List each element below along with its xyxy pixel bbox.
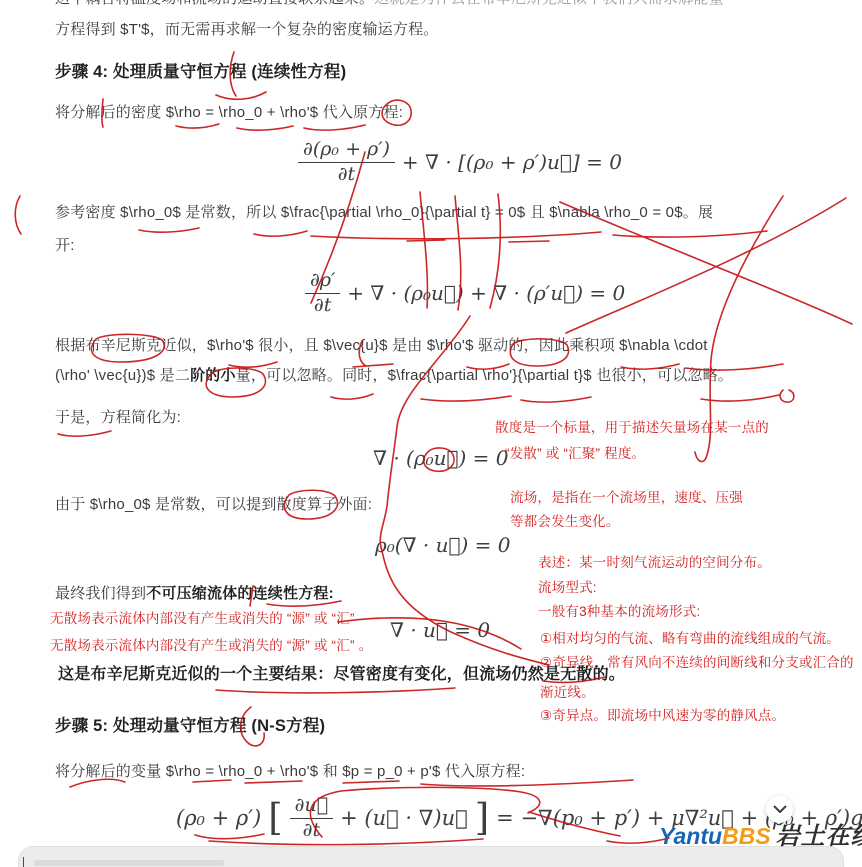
watermark-yantu: Yantu — [659, 823, 722, 849]
document-page: 这个耦合将温度场和流场的运动直接联系起来。这就是为什么在布辛尼斯克近似中我们只需… — [0, 0, 862, 867]
para-main-result: 这是布辛尼斯克近似的一个主要结果：尽管密度有变化，但流场仍然是无散的。 — [58, 665, 625, 685]
intro-line: 方程得到 $T'$，而无需再求解一个复杂的密度输运方程。 — [55, 20, 438, 40]
para-momentum-substitution: 将分解后的变量 $\rho = \rho_0 + \rho'$ 和 $p = p… — [55, 762, 525, 782]
bold-second-order: 阶的小 — [190, 367, 236, 384]
equation-div-u-zero: ∇ · u⃗ = 0 — [390, 618, 490, 642]
right-bracket: ] — [475, 799, 489, 836]
fraction: ∂u⃗∂t — [290, 795, 333, 842]
note-nosource-line1: 无散场表示流体内部没有产生或消失的 “源” 或 “汇” — [50, 610, 355, 627]
note-flowfield-line2: 等都会发生变化。 — [510, 513, 620, 530]
note-flowfield-line1: 流场，是指在一个流场里，速度、压强 — [510, 489, 743, 506]
step4-heading: 步骤 4: 处理质量守恒方程 (连续性方程) — [55, 62, 346, 82]
left-bracket: [ — [268, 799, 282, 836]
note-divergence-line1: 散度是一个标量，用于描述矢量场在某一点的 — [495, 419, 769, 436]
scroll-down-button[interactable] — [766, 796, 793, 823]
intro-line-clipped: 这个耦合将温度场和流场的运动直接联系起来。这就是为什么在布辛尼斯克近似中我们只需… — [55, 0, 724, 9]
para-boussinesq-line2: (\rho' \vec{u})$ 是二阶的小量，可以忽略。同时，$\frac{\… — [55, 366, 733, 386]
fraction: ∂(ρ₀ + ρ′)∂t — [298, 139, 395, 186]
para-constant-outside: 由于 $\rho_0$ 是常数，可以提到散度算子外面: — [55, 495, 372, 515]
watermark-site-name: 岩土在线 — [776, 823, 862, 850]
note-expression: 表述：某一时刻气流运动的空间分布。 — [538, 554, 771, 571]
bold-continuity-equation: 不可压缩流体的连续性方程: — [146, 585, 334, 602]
note-type-item3: ③奇异点。即流场中风速为零的静风点。 — [540, 707, 785, 724]
clipped-input-text — [34, 860, 224, 866]
text-cursor — [23, 857, 24, 867]
equation-rho0-div-u: ρ₀(∇ · u⃗) = 0 — [375, 533, 511, 557]
fraction: ∂ρ′∂t — [305, 270, 340, 317]
note-divergence-line2: “发散” 或 “汇聚” 程度。 — [505, 445, 645, 462]
step5-heading: 步骤 5: 处理动量守恒方程 (N-S方程) — [55, 716, 325, 736]
note-type-item2b: 渐近线。 — [540, 684, 595, 701]
equation-expanded: ∂ρ′∂t + ∇ · (ρ₀u⃗) + ∇ · (ρ′u⃗) = 0 — [305, 270, 625, 317]
para-final-continuity: 最终我们得到不可压缩流体的连续性方程: — [55, 584, 334, 604]
equation-div-rho0u: ∇ · (ρ₀u⃗) = 0 — [373, 446, 509, 470]
intro-line-clipped-light: 这就是为什么在布辛尼斯克近似中我们只需求解能量 — [374, 0, 724, 7]
equation-mass-substituted: ∂(ρ₀ + ρ′)∂t + ∇ · [(ρ₀ + ρ′)u⃗] = 0 — [298, 139, 622, 186]
chevron-down-icon — [773, 805, 787, 814]
note-type-item1: ①相对均匀的气流、略有弯曲的流线组成的气流。 — [540, 630, 840, 647]
para-density-substitution: 将分解后的密度 $\rho = \rho_0 + \rho'$ 代入原方程: — [55, 103, 403, 123]
watermark: YantuBBS岩土在线 — [659, 816, 862, 851]
intro-line-clipped-dark: 这个耦合将温度场和流场的运动直接联系起来。 — [55, 0, 374, 7]
watermark-bbs: BBS — [722, 823, 771, 849]
para-reference-density-line2: 开: — [55, 236, 75, 256]
para-reference-density-line1: 参考密度 $\rho_0$ 是常数，所以 $\frac{\partial \rh… — [55, 203, 713, 223]
para-simplified: 于是，方程简化为: — [55, 408, 181, 428]
note-nosource-line2: 无散场表示流体内部没有产生或消失的 “源” 或 “汇” 。 — [50, 637, 372, 654]
para-boussinesq-line1: 根据布辛尼斯克近似，$\rho'$ 很小，且 $\vec{u}$ 是由 $\rh… — [55, 336, 708, 356]
note-type-label: 流场型式: — [538, 579, 597, 596]
note-three-types: 一般有3种基本的流场形式: — [538, 603, 700, 620]
